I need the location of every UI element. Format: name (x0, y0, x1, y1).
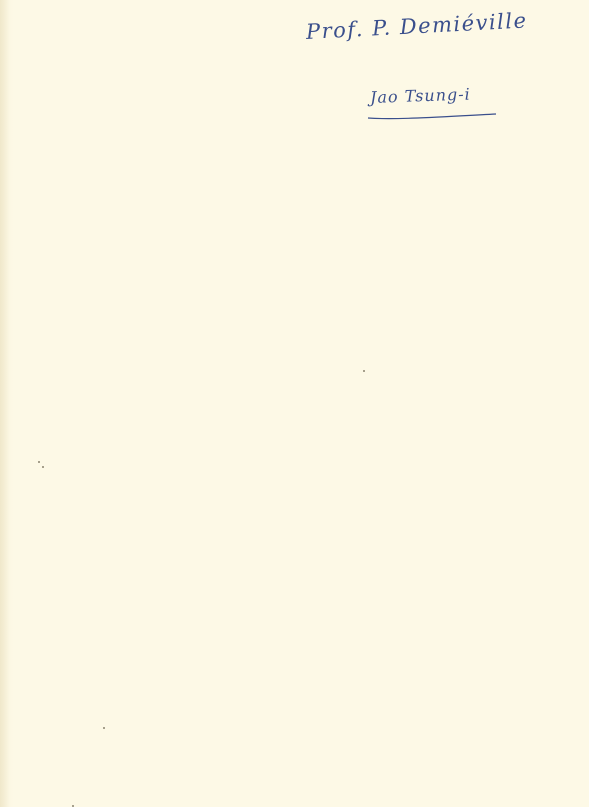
handwritten-signature: Jao Tsung-i (370, 84, 471, 107)
handwritten-addressee: Prof. P. Demiéville (305, 8, 528, 44)
page-edge-shadow (0, 0, 10, 807)
paper-speck (363, 370, 365, 372)
paper-speck (103, 727, 105, 729)
signature-underline (366, 113, 498, 121)
paper-speck (42, 466, 44, 468)
paper-speck (38, 461, 40, 463)
paper-page: Prof. P. Demiéville Jao Tsung-i (0, 0, 589, 807)
